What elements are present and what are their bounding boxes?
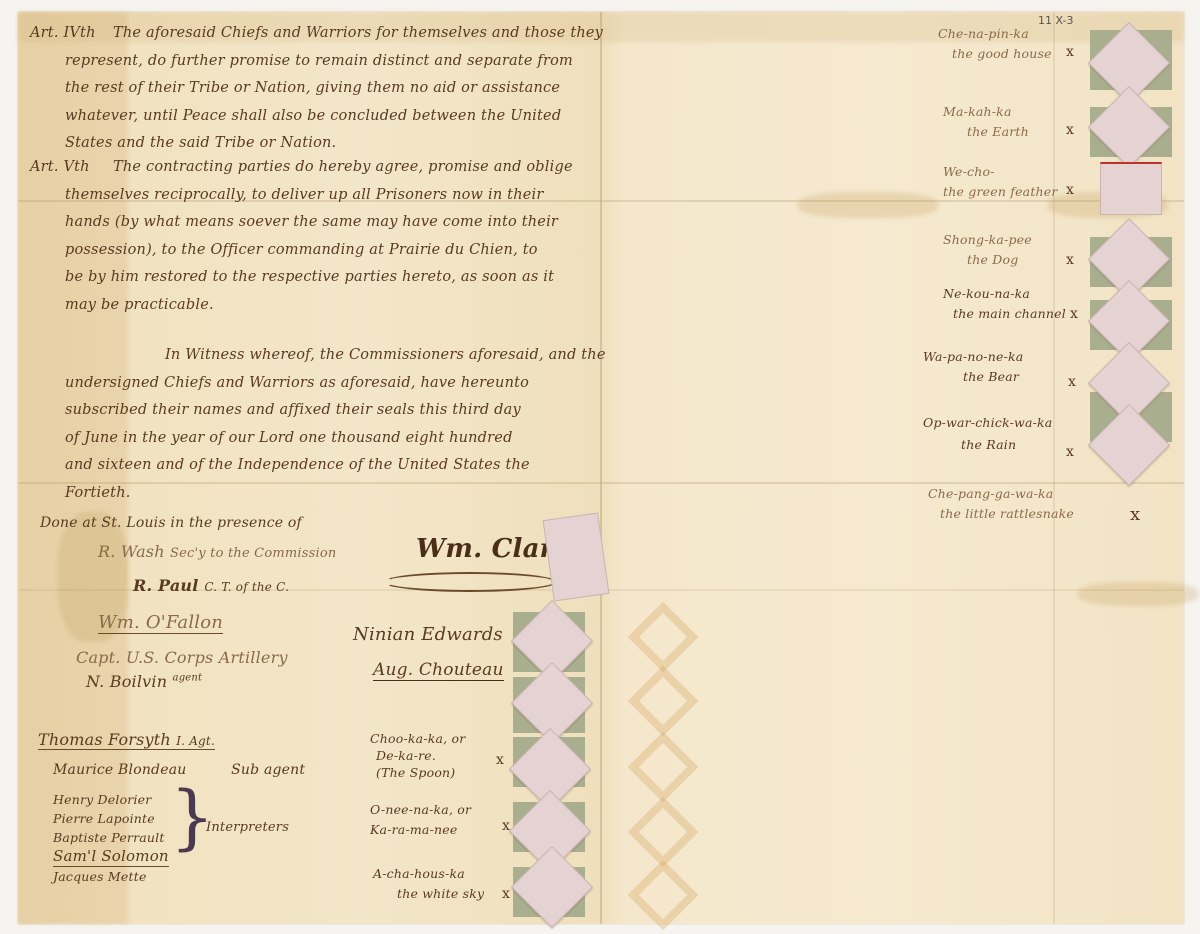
chief-name-alt: De-ka-re. — [376, 747, 465, 764]
chief-signature: Che-na-pin-ka the good house — [938, 24, 1052, 64]
text-line: The aforesaid Chiefs and Warriors for th… — [113, 20, 603, 48]
witness-clause: In Witness whereof, the Commissioners af… — [65, 342, 606, 507]
seal-offset-impression — [628, 860, 699, 931]
chief-name: Choo-ka-ka, or — [370, 730, 465, 747]
chief-name: Che-pang-ga-wa-ka — [928, 484, 1074, 504]
witness-signature: R. Wash Sec'y to the Commission — [98, 542, 336, 561]
text-line: themselves reciprocally, to deliver up a… — [65, 182, 573, 210]
chief-name: Op-war-chick-wa-ka — [923, 412, 1052, 434]
chief-name: Ma-kah-ka — [943, 102, 1029, 122]
interpreters-label: Interpreters — [206, 820, 289, 835]
witness-signature: Capt. U.S. Corps Artillery — [76, 648, 288, 667]
chief-name: A-cha-hous-ka — [373, 864, 484, 884]
chief-translation: the main channel — [953, 304, 1066, 324]
interpreter-name: Jacques Mette — [53, 867, 169, 886]
text-line: subscribed their names and affixed their… — [65, 397, 606, 425]
chief-mark-x: x — [1066, 182, 1074, 198]
witness-signature: Wm. O'Fallon — [98, 612, 223, 634]
bracket-icon: } — [170, 782, 215, 852]
text-line: and sixteen and of the Independence of t… — [65, 452, 606, 480]
chief-signature: We-cho- the green feather — [943, 162, 1058, 202]
wax-seal-paper — [543, 513, 610, 602]
commissioner-signature-chouteau: Aug. Chouteau — [373, 660, 504, 681]
chief-signature: O-nee-na-ka, or Ka-ra-ma-nee — [370, 800, 471, 840]
interpreter-name: Henry Delorier — [53, 790, 169, 809]
chief-name: We-cho- — [943, 162, 1058, 182]
chief-mark-x: x — [1066, 122, 1074, 138]
chief-translation: the Rain — [961, 434, 1052, 456]
witness-title: Sec'y to the Commission — [170, 546, 336, 561]
text-line: may be practicable. — [65, 292, 573, 320]
text-line: Fortieth. — [65, 480, 606, 508]
chief-mark-x: x — [1066, 44, 1074, 60]
water-stain — [1078, 582, 1198, 606]
text-line: hands (by what means soever the same may… — [65, 209, 573, 237]
water-stain — [798, 192, 938, 218]
chief-translation: the white sky — [397, 884, 484, 904]
witness-name: Maurice Blondeau — [53, 762, 186, 778]
text-line: undersigned Chiefs and Warriors as afore… — [65, 370, 606, 398]
seal-offset-impression — [628, 732, 699, 803]
witness-name: N. Boilvin — [86, 672, 167, 691]
chief-name: Wa-pa-no-ne-ka — [923, 347, 1023, 367]
witness-title: I. Agt. — [176, 734, 215, 748]
chief-mark-x: x — [1066, 252, 1074, 268]
witness-title: C. T. of the C. — [204, 580, 289, 594]
done-at-line: Done at St. Louis in the presence of — [40, 515, 302, 531]
chief-mark-x: x — [1066, 444, 1074, 460]
chief-signature: Op-war-chick-wa-ka the Rain — [923, 412, 1052, 456]
chief-signature: Che-pang-ga-wa-ka the little rattlesnake — [928, 484, 1074, 524]
witness-title: Sub agent — [231, 762, 305, 778]
chief-mark-x: x — [496, 752, 504, 768]
chief-name: Shong-ka-pee — [943, 230, 1032, 250]
witness-title: agent — [173, 673, 203, 684]
text-line: The contracting parties do hereby agree,… — [113, 154, 573, 182]
chief-translation: the Dog — [967, 250, 1032, 270]
chief-mark: x — [1130, 504, 1140, 525]
treaty-document-sheet: 11 X-3 Art. IVth The aforesaid Chiefs an… — [18, 12, 1184, 924]
witness-signature: N. Boilvin agent — [86, 672, 202, 691]
witness-signature: R. Paul C. T. of the C. — [133, 576, 289, 595]
chief-translation: (The Spoon) — [376, 764, 465, 781]
seal-offset-impression — [628, 602, 699, 673]
witness-name: R. Paul — [133, 576, 199, 595]
text-line: the rest of their Tribe or Nation, givin… — [65, 75, 603, 103]
chief-name-alt: Ka-ra-ma-nee — [370, 820, 471, 840]
text-line: of June in the year of our Lord one thou… — [65, 425, 606, 453]
chief-name: O-nee-na-ka, or — [370, 800, 471, 820]
text-line: In Witness whereof, the Commissioners af… — [165, 342, 606, 370]
chief-translation: the green feather — [943, 182, 1058, 202]
witness-name: Thomas Forsyth — [38, 730, 171, 749]
interpreter-name: Baptiste Perrault — [53, 828, 169, 847]
interpreter-name: Sam'l Solomon — [53, 847, 169, 867]
vertical-fold — [1053, 12, 1055, 924]
chief-signature: Shong-ka-pee the Dog — [943, 230, 1032, 270]
commissioner-signature-edwards: Ninian Edwards — [353, 624, 503, 645]
chief-mark-x: x — [1070, 306, 1078, 322]
text-line: represent, do further promise to remain … — [65, 48, 603, 76]
chief-mark-x: x — [1068, 374, 1076, 390]
chief-translation: the little rattlesnake — [940, 504, 1074, 524]
seal-offset-impression — [628, 797, 699, 868]
signature-flourish — [383, 572, 557, 592]
seal-offset-impression — [628, 666, 699, 737]
article-v-label: Art. Vth — [30, 154, 90, 182]
chief-signature: Wa-pa-no-ne-ka the Bear — [923, 347, 1023, 387]
chief-translation: the Earth — [967, 122, 1029, 142]
chief-translation: the Bear — [963, 367, 1023, 387]
article-iv-label: Art. IVth — [30, 20, 96, 48]
witness-signature: Thomas Forsyth I. Agt. — [38, 730, 215, 750]
witness-name: R. Wash — [98, 542, 165, 561]
chief-translation: the good house — [952, 44, 1052, 64]
article-v-text: The contracting parties do hereby agree,… — [113, 154, 573, 319]
chief-signature: Choo-ka-ka, or De-ka-re. (The Spoon) — [370, 730, 465, 781]
text-line: be by him restored to the respective par… — [65, 264, 573, 292]
chief-name: Ne-kou-na-ka — [943, 284, 1066, 304]
article-iv-text: The aforesaid Chiefs and Warriors for th… — [113, 20, 603, 158]
interpreters-list: Henry Delorier Pierre Lapointe Baptiste … — [53, 790, 169, 886]
text-line: whatever, until Peace shall also be conc… — [65, 103, 603, 131]
wax-seal-paper — [1100, 162, 1162, 215]
chief-name: Che-na-pin-ka — [938, 24, 1052, 44]
chief-signature: Ma-kah-ka the Earth — [943, 102, 1029, 142]
chief-mark-x: x — [502, 886, 510, 902]
chief-signature: Ne-kou-na-ka the main channel — [943, 284, 1066, 324]
interpreter-name: Pierre Lapointe — [53, 809, 169, 828]
text-line: possession), to the Officer commanding a… — [65, 237, 573, 265]
chief-signature: A-cha-hous-ka the white sky — [373, 864, 484, 904]
